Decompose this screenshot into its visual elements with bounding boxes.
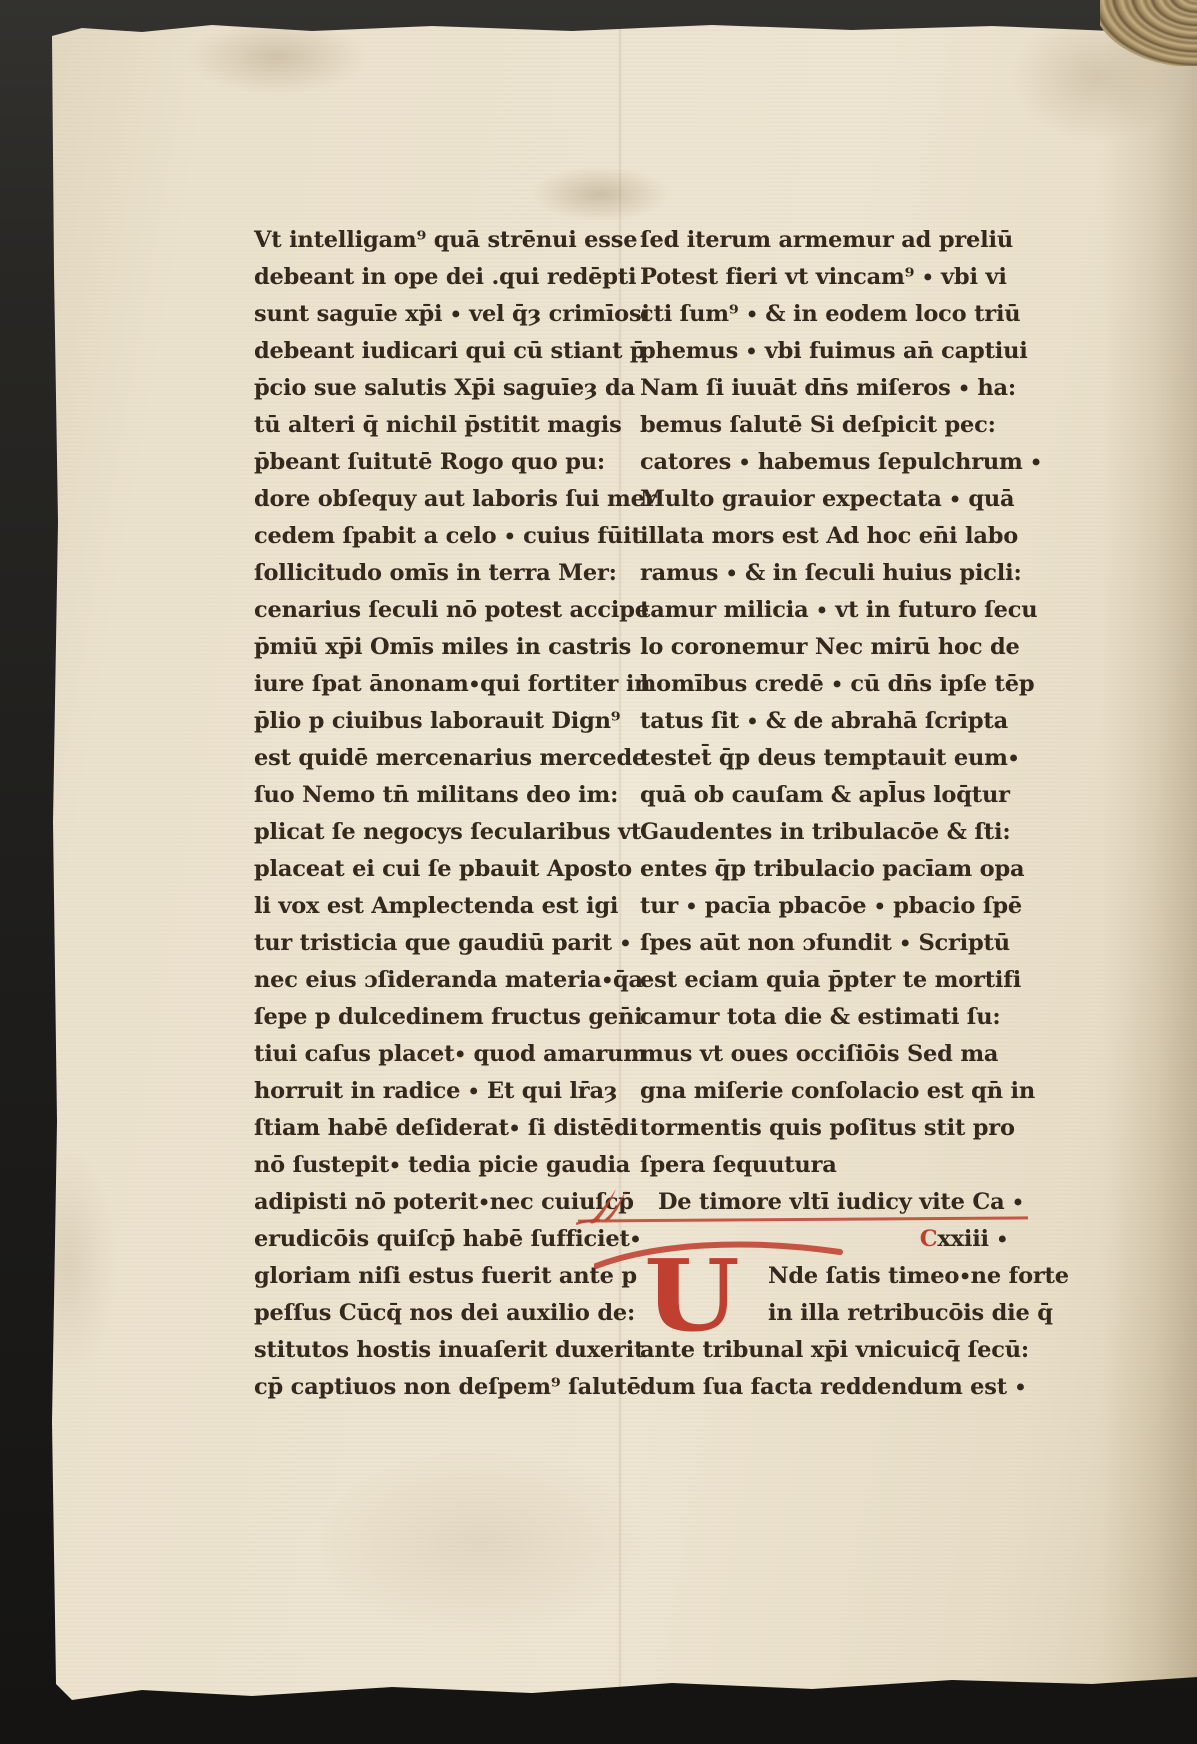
text-line: homībus credē ∙ cū dn̄s ipſe tēp (640, 666, 1014, 703)
text-line: tū alteri q̄ nichil p̄stitit magis (254, 407, 610, 444)
text-line: debeant iudicari qui cū stiant p̄ (254, 333, 610, 370)
text-line: p̄beant ſuitutē Rogo quo pu: (254, 444, 610, 481)
text-line: ſuo Nemo tn̄ militans deo im: (254, 777, 610, 814)
text-line: ſpera ſequutura (640, 1147, 1014, 1184)
text-line: p̄miū xp̄i Omīs miles in castris (254, 629, 610, 666)
text-line: mus vt oues occiſiōis Sed ma (640, 1036, 1014, 1073)
text-line: ſed iterum armemur ad preliū (640, 222, 1014, 259)
drop-cap-initial: U (644, 1254, 739, 1340)
text-line: Nam ſi iuuāt dn̄s miſeros ∙ ha: (640, 370, 1014, 407)
text-line: tur ∙ pacīa pbacōe ∙ pbacio ſpē (640, 888, 1014, 925)
text-line: sunt saguīe xp̄i ∙ vel q̄ȝ crimīosi (254, 296, 610, 333)
text-line: gna miſerie conſolacio est qn̄ in (640, 1073, 1014, 1110)
text-line: ſtiam habē deſiderat∙ ſi distēdi (254, 1110, 610, 1147)
book-page: Vt intelligam⁹ quā strēnui essedebeant i… (52, 22, 1197, 1704)
text-line: camur tota die & estimati ſu: (640, 999, 1014, 1036)
text-line: est eciam quia p̄pter te mortifi (640, 962, 1014, 999)
chapter-number-rest: xxiii ∙ (937, 1226, 1008, 1252)
text-line: Vt intelligam⁹ quā strēnui esse (254, 222, 610, 259)
scan-background: Vt intelligam⁹ quā strēnui essedebeant i… (0, 0, 1197, 1744)
text-line: catores ∙ habemus ſepulchrum ∙ (640, 444, 1014, 481)
text-line: p̄cio sue salutis Xp̄i saguīeȝ da (254, 370, 610, 407)
text-line: bemus ſalutē Si deſpicit pec: (640, 407, 1014, 444)
text-line: lo coronemur Nec mirū hoc de (640, 629, 1014, 666)
text-line: est quidē mercenarius mercede (254, 740, 610, 777)
chapter-heading-row: De timore vltī iudicy vite Ca ∙ (640, 1184, 1014, 1221)
text-line: nō ſustepit∙ tedia picie gaudia (254, 1147, 610, 1184)
text-line: peſſus Cūcq̄ nos dei auxilio de: (254, 1295, 610, 1332)
text-line: debeant in ope dei .qui redēpti (254, 259, 610, 296)
text-line: ſepe p dulcedinem fructus gen̄i (254, 999, 610, 1036)
text-line: dore obſequy aut laboris ſui mer (254, 481, 610, 518)
text-line: stitutos hostis inuaſerit duxerit (254, 1332, 610, 1369)
text-line: ramus ∙ & in ſeculi huius picli: (640, 555, 1014, 592)
text-line: cti ſum⁹ ∙ & in eodem loco triū (640, 296, 1014, 333)
text-column-right: ſed iterum armemur ad preliūPotest fieri… (640, 222, 1014, 1406)
text-line: Gaudentes in tribulacōe & ſti: (640, 814, 1014, 851)
text-line: cenarius ſeculi nō potest accipe (254, 592, 610, 629)
text-line: dum ſua facta reddendum est ∙ (640, 1369, 1014, 1406)
text-line: gloriam niſi estus fuerit ante p (254, 1258, 610, 1295)
text-line: testet̄ q̄p deus temptauit eum∙ (640, 740, 1014, 777)
text-line: placeat ei cui ſe pbauit Aposto (254, 851, 610, 888)
heading-underline-rubric (578, 1216, 1028, 1222)
chapter-heading-text: De timore vltī iudicy vite Ca ∙ (658, 1189, 1024, 1215)
rubric-pilcrow-icon (576, 1186, 640, 1238)
text-line: cedem ſpabit a celo ∙ cuius fūit (254, 518, 610, 555)
text-line: quā ob cauſam & apl̄us loq̄tur (640, 777, 1014, 814)
text-line: cp̄ captiuos non deſpem⁹ ſalutē (254, 1369, 610, 1406)
text-line: in illa retribucōis die q̄ (768, 1295, 1014, 1332)
text-line: tur tristicia que gaudiū parit ∙ (254, 925, 610, 962)
text-line: adipisti nō poterit∙nec cuiuſcp̄ (254, 1184, 610, 1221)
text-line: nec eius ɔſideranda materia∙q̄a (254, 962, 610, 999)
text-line: horruit in radice ∙ Et qui lr̄aȝ (254, 1073, 610, 1110)
text-line: ſpes aūt non ɔfundit ∙ Scriptū (640, 925, 1014, 962)
text-line: p̄lio p ciuibus laborauit Dign⁹ (254, 703, 610, 740)
right-lines-top: ſed iterum armemur ad preliūPotest fieri… (640, 222, 1014, 1184)
text-line: entes q̄p tribulacio pacīam opa (640, 851, 1014, 888)
text-line: ſollicitudo omīs in terra Mer: (254, 555, 610, 592)
text-line: li vox est Amplectenda est igi (254, 888, 610, 925)
text-line: tatus ſit ∙ & de abrahā ſcripta (640, 703, 1014, 740)
drop-cap-paragraph: U Nde ſatis timeo∙ne fortein illa retrib… (640, 1258, 1014, 1406)
text-line: tormentis quis poſitus stit pro (640, 1110, 1014, 1147)
text-line: tiui caſus placet∙ quod amarum (254, 1036, 610, 1073)
text-line: Potest fieri vt vincam⁹ ∙ vbi vi (640, 259, 1014, 296)
text-column-left: Vt intelligam⁹ quā strēnui essedebeant i… (254, 222, 610, 1406)
text-line: erudicōis quiſcp̄ habē ſufficiet∙ (254, 1221, 610, 1258)
text-line: iure ſpat ānonam∙qui fortiter in (254, 666, 610, 703)
text-line: illata mors est Ad hoc en̄i labo (640, 518, 1014, 555)
chapter-number-initial: C (920, 1226, 938, 1252)
text-line: Multo grauior expectata ∙ quā (640, 481, 1014, 518)
text-line: plicat ſe negocys ſecularibus vt (254, 814, 610, 851)
text-line: tamur milicia ∙ vt in futuro ſecu (640, 592, 1014, 629)
text-line: phemus ∙ vbi fuimus an̄ captiui (640, 333, 1014, 370)
